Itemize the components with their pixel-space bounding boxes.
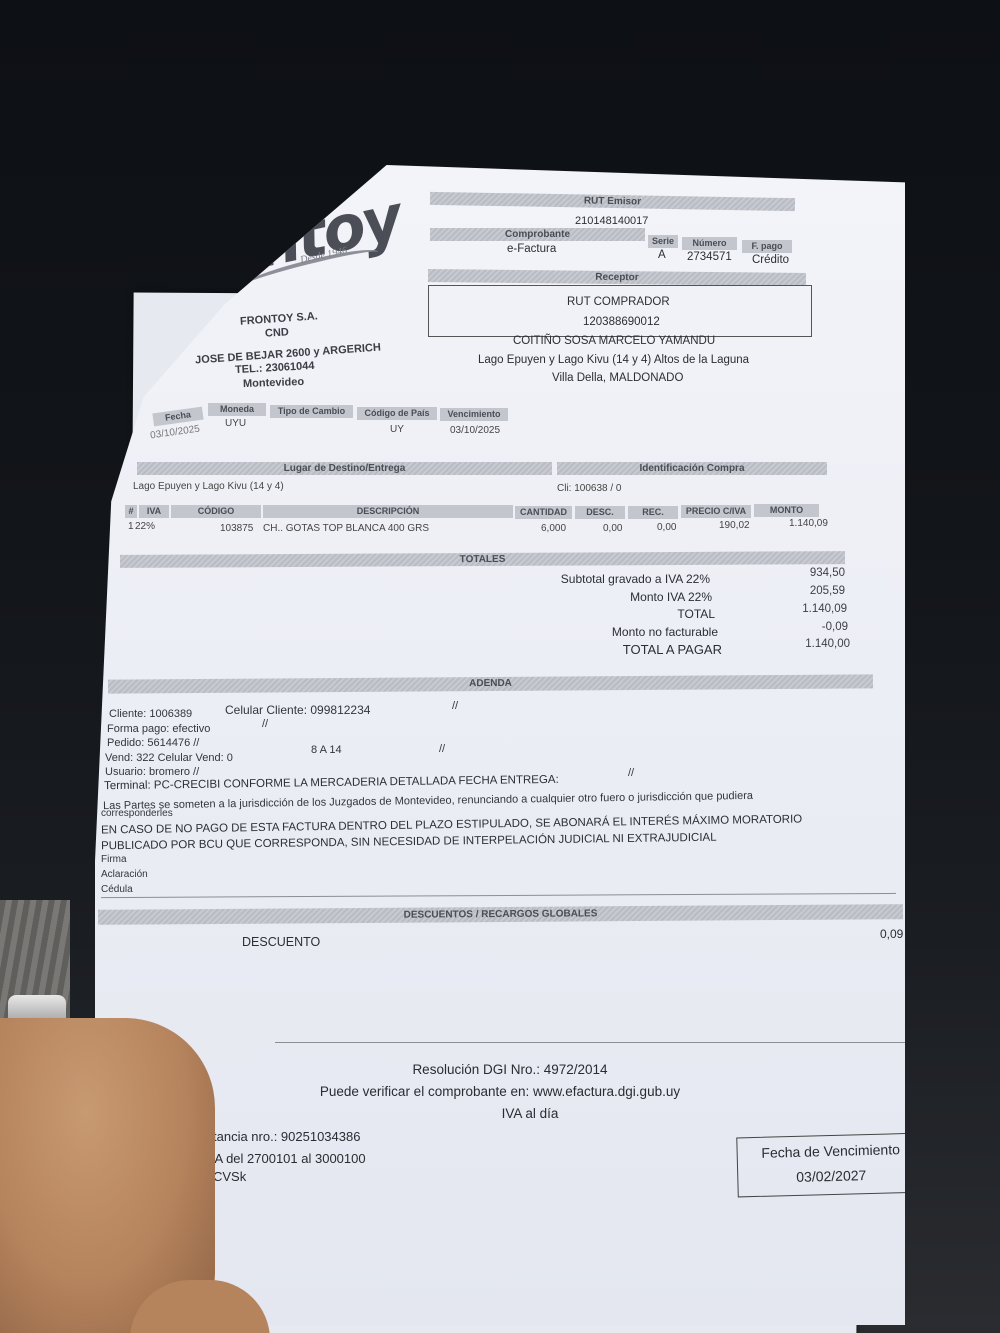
adenda-forma-pago: Forma pago: efectivo: [107, 723, 210, 735]
subtotal-label: Subtotal gravado a IVA 22%: [495, 572, 710, 586]
row-descripcion: CH.. GOTAS TOP BLANCA 400 GRS: [263, 523, 429, 534]
identificacion-value: Cli: 100638 / 0: [557, 483, 622, 494]
row-rec: 0,00: [657, 522, 676, 533]
rango-numeracion: . A del 2700101 al 3000100: [208, 1151, 366, 1166]
adenda-separator: //: [628, 767, 634, 779]
rut-comprador-label: RUT COMPRADOR: [567, 296, 670, 308]
receptor-city: Villa Della, MALDONADO: [552, 372, 683, 384]
comprobante-header: Comprobante: [430, 228, 645, 241]
total-a-pagar-label: TOTAL A PAGAR: [495, 642, 722, 657]
total-label: TOTAL: [495, 607, 715, 621]
fpago-value: Crédito: [752, 254, 789, 266]
verificar-comprobante: Puede verificar el comprobante en: www.e…: [95, 1084, 905, 1099]
adenda-separator: //: [262, 718, 268, 730]
comprobante-value: e-Factura: [507, 243, 556, 255]
descuentos-header: DESCUENTOS / RECARGOS GLOBALES: [98, 904, 903, 925]
emisor-city: Montevideo: [243, 376, 305, 390]
emisor-company: FRONTOY S.A.: [240, 310, 318, 327]
totales-header: TOTALES: [120, 551, 845, 568]
no-facturable-label: Monto no facturable: [495, 625, 718, 639]
subtotal-value: 934,50: [755, 567, 845, 579]
row-iva: 22%: [135, 521, 155, 532]
col-desc: DESC.: [575, 506, 625, 519]
col-codigo: CÓDIGO: [171, 505, 261, 518]
row-cantidad: 6,000: [541, 523, 566, 534]
col-monto: MONTO: [754, 504, 819, 517]
aclaracion-label: Aclaración: [101, 869, 148, 880]
row-codigo: 103875: [220, 523, 253, 534]
row-monto: 1.140,09: [789, 518, 828, 529]
row-num: 1: [128, 521, 134, 532]
fecha-value: 03/10/2025: [149, 424, 200, 442]
rut-emisor-header: RUT Emisor: [430, 192, 795, 211]
adenda-separator: //: [452, 700, 458, 712]
numero-header: Número: [682, 237, 737, 250]
firma-label: Firma: [101, 854, 127, 865]
destino-value: Lago Epuyen y Lago Kivu (14 y 4): [133, 481, 284, 492]
col-precio: PRECIO C/IVA: [681, 505, 751, 518]
serie-header: Serie: [648, 235, 678, 248]
adenda-usuario: Usuario: bromero //: [105, 766, 199, 778]
col-cantidad: CANTIDAD: [515, 506, 572, 519]
vencimiento-value: 03/10/2025: [450, 425, 500, 436]
row-desc: 0,00: [603, 523, 622, 534]
vencimiento-header: Vencimiento: [440, 408, 508, 421]
codigo-pais-value: UY: [390, 424, 404, 435]
cedula-label: Cédula: [101, 884, 133, 895]
adenda-jurisdiccion-cont: corresponderles: [101, 808, 173, 819]
fecha-vencimiento-value: 03/02/2027: [738, 1166, 924, 1187]
total-value: 1.140,09: [755, 603, 847, 615]
col-iva: IVA: [139, 505, 169, 518]
col-num: #: [125, 505, 137, 518]
monto-iva-value: 205,59: [755, 585, 845, 597]
col-rec: REC.: [628, 506, 678, 519]
iva-al-dia: IVA al día: [95, 1106, 935, 1121]
adenda-cliente: Cliente: 1006389: [109, 708, 192, 720]
descuento-label: DESCUENTO: [242, 935, 320, 949]
rut-comprador-value: 120388690012: [583, 316, 660, 328]
adenda-header: ADENDA: [108, 674, 873, 693]
monto-iva-label: Monto IVA 22%: [495, 590, 712, 604]
fecha-vencimiento-label: Fecha de Vencimiento: [737, 1141, 923, 1162]
adenda-separator: //: [439, 743, 445, 755]
row-precio: 190,02: [719, 520, 750, 531]
moneda-header: Moneda: [208, 403, 266, 416]
total-a-pagar-value: 1.140,00: [755, 638, 850, 650]
identificacion-header: Identificación Compra: [557, 462, 827, 475]
fpago-header: F. pago: [742, 240, 792, 253]
codigo-pais-header: Código de País: [357, 407, 437, 420]
adenda-celular-cliente: Celular Cliente: 099812234: [225, 703, 370, 717]
adenda-vendedor: Vend: 322 Celular Vend: 0: [105, 752, 233, 764]
moneda-value: UYU: [225, 418, 246, 429]
no-facturable-value: -0,09: [755, 621, 848, 633]
adenda-horario: 8 A 14: [311, 744, 342, 756]
descuento-value: 0,09: [880, 927, 903, 941]
receptor-header: Receptor: [428, 269, 806, 286]
adenda-pedido: Pedido: 5614476 //: [107, 737, 199, 749]
emisor-branch: CND: [265, 326, 289, 339]
adenda-jurisdiccion: Las Partes se someten a la jurisdicción …: [103, 790, 753, 812]
constancia-nro: tancia nro.: 90251034386: [213, 1129, 360, 1144]
serie-value: A: [658, 249, 666, 261]
resolucion-dgi: Resolución DGI Nro.: 4972/2014: [95, 1062, 915, 1077]
rut-emisor-value: 210148140017: [575, 215, 648, 227]
fecha-vencimiento-box: Fecha de Vencimiento 03/02/2027: [736, 1133, 926, 1198]
destino-header: Lugar de Destino/Entrega: [137, 462, 552, 475]
receptor-address: Lago Epuyen y Lago Kivu (14 y 4) Altos d…: [478, 354, 749, 366]
signature-line: [101, 893, 896, 898]
numero-value: 2734571: [687, 251, 732, 263]
footer-divider: [275, 1042, 905, 1043]
receptor-box: [428, 285, 812, 337]
tipo-cambio-header: Tipo de Cambio: [270, 405, 353, 418]
invoice-sheet: ntoy Desde 1946 FRONTOY S.A. CND JOSE DE…: [95, 165, 905, 1325]
codigo-seguridad: CVSk: [213, 1169, 246, 1184]
col-descripcion: DESCRIPCIÓN: [263, 505, 513, 518]
receptor-name: COITIÑO SOSA MARCELO YAMANDU: [513, 335, 715, 347]
